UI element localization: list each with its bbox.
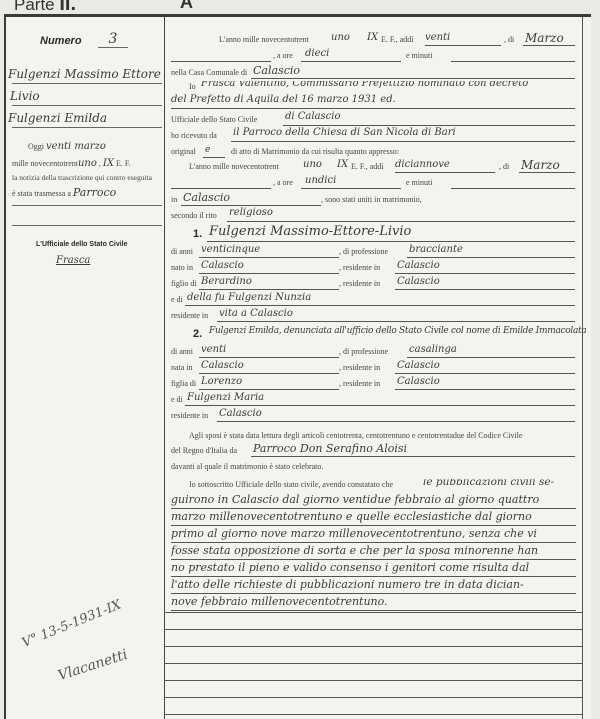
davanti-text: davanti al quale il matrimonio è stato c… — [171, 461, 576, 475]
mille-line: mille novecentotrentuno , IX E. F. — [12, 158, 131, 169]
declaration-line: guirono in Calascio dal giorno ventidue … — [171, 493, 576, 509]
annotation-date: V° 13-5-1931-IX — [20, 597, 123, 650]
spouse2-birth-line: nata in Calascio , residente in Calascio — [171, 362, 576, 376]
declaration-line: nove febbraio millenovecentotrentuno. — [171, 595, 576, 611]
officer-line: Io Frasca Valentino, Commissario Prefett… — [171, 81, 576, 95]
declaration-line: l'atto delle richieste di pubblicazioni … — [171, 578, 576, 594]
declaration-line: marzo millenovecentotrentuno e quelle ec… — [171, 510, 576, 526]
blank-ruled-line — [164, 646, 582, 647]
ore-line: , a ore dieci e minuti — [171, 50, 576, 64]
sottoscritto-line: Io sottoscritto Ufficiale dello stato ci… — [171, 479, 576, 493]
register-page: Numero 3 Fulgenzi Massimo Ettore Livio F… — [4, 14, 591, 719]
declaration-line: no prestato il pieno e valido consenso i… — [171, 561, 576, 577]
numero-value: 3 — [98, 31, 128, 48]
spouse2-name: Fulgenzi Emilda — [8, 111, 107, 125]
numero-label: Numero — [40, 35, 82, 47]
blank-ruled-line — [164, 612, 582, 613]
oggi-line: Oggi venti marzo — [28, 141, 106, 152]
spouse2-age-line: di anni venti , di professione casalinga — [171, 346, 576, 360]
spouse1-birth-line: nato in Calascio , residente in Calascio — [171, 262, 576, 276]
ufficiale-line: Ufficiale dello Stato Civile di Calascio — [171, 114, 576, 128]
declaration-line: primo al giorno nove marzo millenovecent… — [171, 527, 576, 543]
series-mark: A — [180, 0, 195, 13]
ufficiale-signature: Frasca — [56, 255, 90, 266]
page-border — [582, 17, 583, 719]
blank-ruled-line — [164, 663, 582, 664]
spouse1-father-line: figlio di Berardino , residente in Calas… — [171, 278, 576, 292]
blank-ruled-line — [164, 629, 582, 630]
regno-line: del Regno d'Italia da Parroco Don Serafi… — [171, 445, 576, 459]
anno-line-2: L'anno mille novecentotrent uno IX E. F.… — [171, 161, 576, 175]
decree-line: del Prefetto di Aquila del 16 marzo 1931… — [171, 97, 576, 111]
ufficiale-label: L'Ufficiale dello Stato Civile — [36, 241, 128, 248]
annotation-signature: Vlacanetti — [56, 647, 130, 685]
ricevuto-line: ho ricevuto da il Parroco della Chiesa d… — [171, 130, 576, 144]
rito-line: secondo il rito religioso — [171, 210, 576, 224]
spouse2-name-line: 2. Fulgenzi Emilda, denunciata all'uffic… — [171, 326, 576, 344]
spouse2-father-line: figlia di Lorenzo , residente in Calasci… — [171, 378, 576, 392]
spouse1-mother-line: e di della fu Fulgenzi Nunzia — [171, 294, 576, 308]
luogo-line: in Calascio , sono stati uniti in matrim… — [171, 194, 576, 208]
spouse2-residence-line: residente in Calascio — [171, 410, 576, 424]
blank-ruled-line — [164, 697, 582, 698]
spouse1-age-line: di anni venticinque , di professione bra… — [171, 246, 576, 260]
spouse1-residence-line: residente in vita a Calascio — [171, 310, 576, 324]
spouse1-name-cont: Livio — [10, 89, 40, 103]
original-line: original e di atto di Matrimonio da cui … — [171, 146, 576, 160]
ore-line-2: , a ore undici e minuti — [171, 177, 576, 191]
declaration-line: fosse stata opposizione di sorta e che p… — [171, 544, 576, 560]
spouse1-name-line: 1. Fulgenzi Massimo-Ettore-Livio — [171, 226, 576, 244]
spouse1-name: Fulgenzi Massimo Ettore — [8, 67, 161, 81]
spouse2-mother-line: e di Fulgenzi Maria — [171, 394, 576, 408]
margin-column: Numero 3 Fulgenzi Massimo Ettore Livio F… — [4, 17, 162, 719]
anno-line: L'anno mille novecentotrent uno IX E. F.… — [171, 34, 576, 48]
casa-comunale-line: nella Casa Comunale di Calascio — [171, 67, 576, 81]
notizia-text: la notizia della trascrizione qui contro… — [12, 173, 152, 182]
blank-ruled-line — [164, 680, 582, 681]
trasmessa-line: è stata trasmessa a Parroco — [12, 186, 116, 199]
column-divider — [164, 17, 165, 719]
blank-ruled-line — [164, 714, 582, 715]
